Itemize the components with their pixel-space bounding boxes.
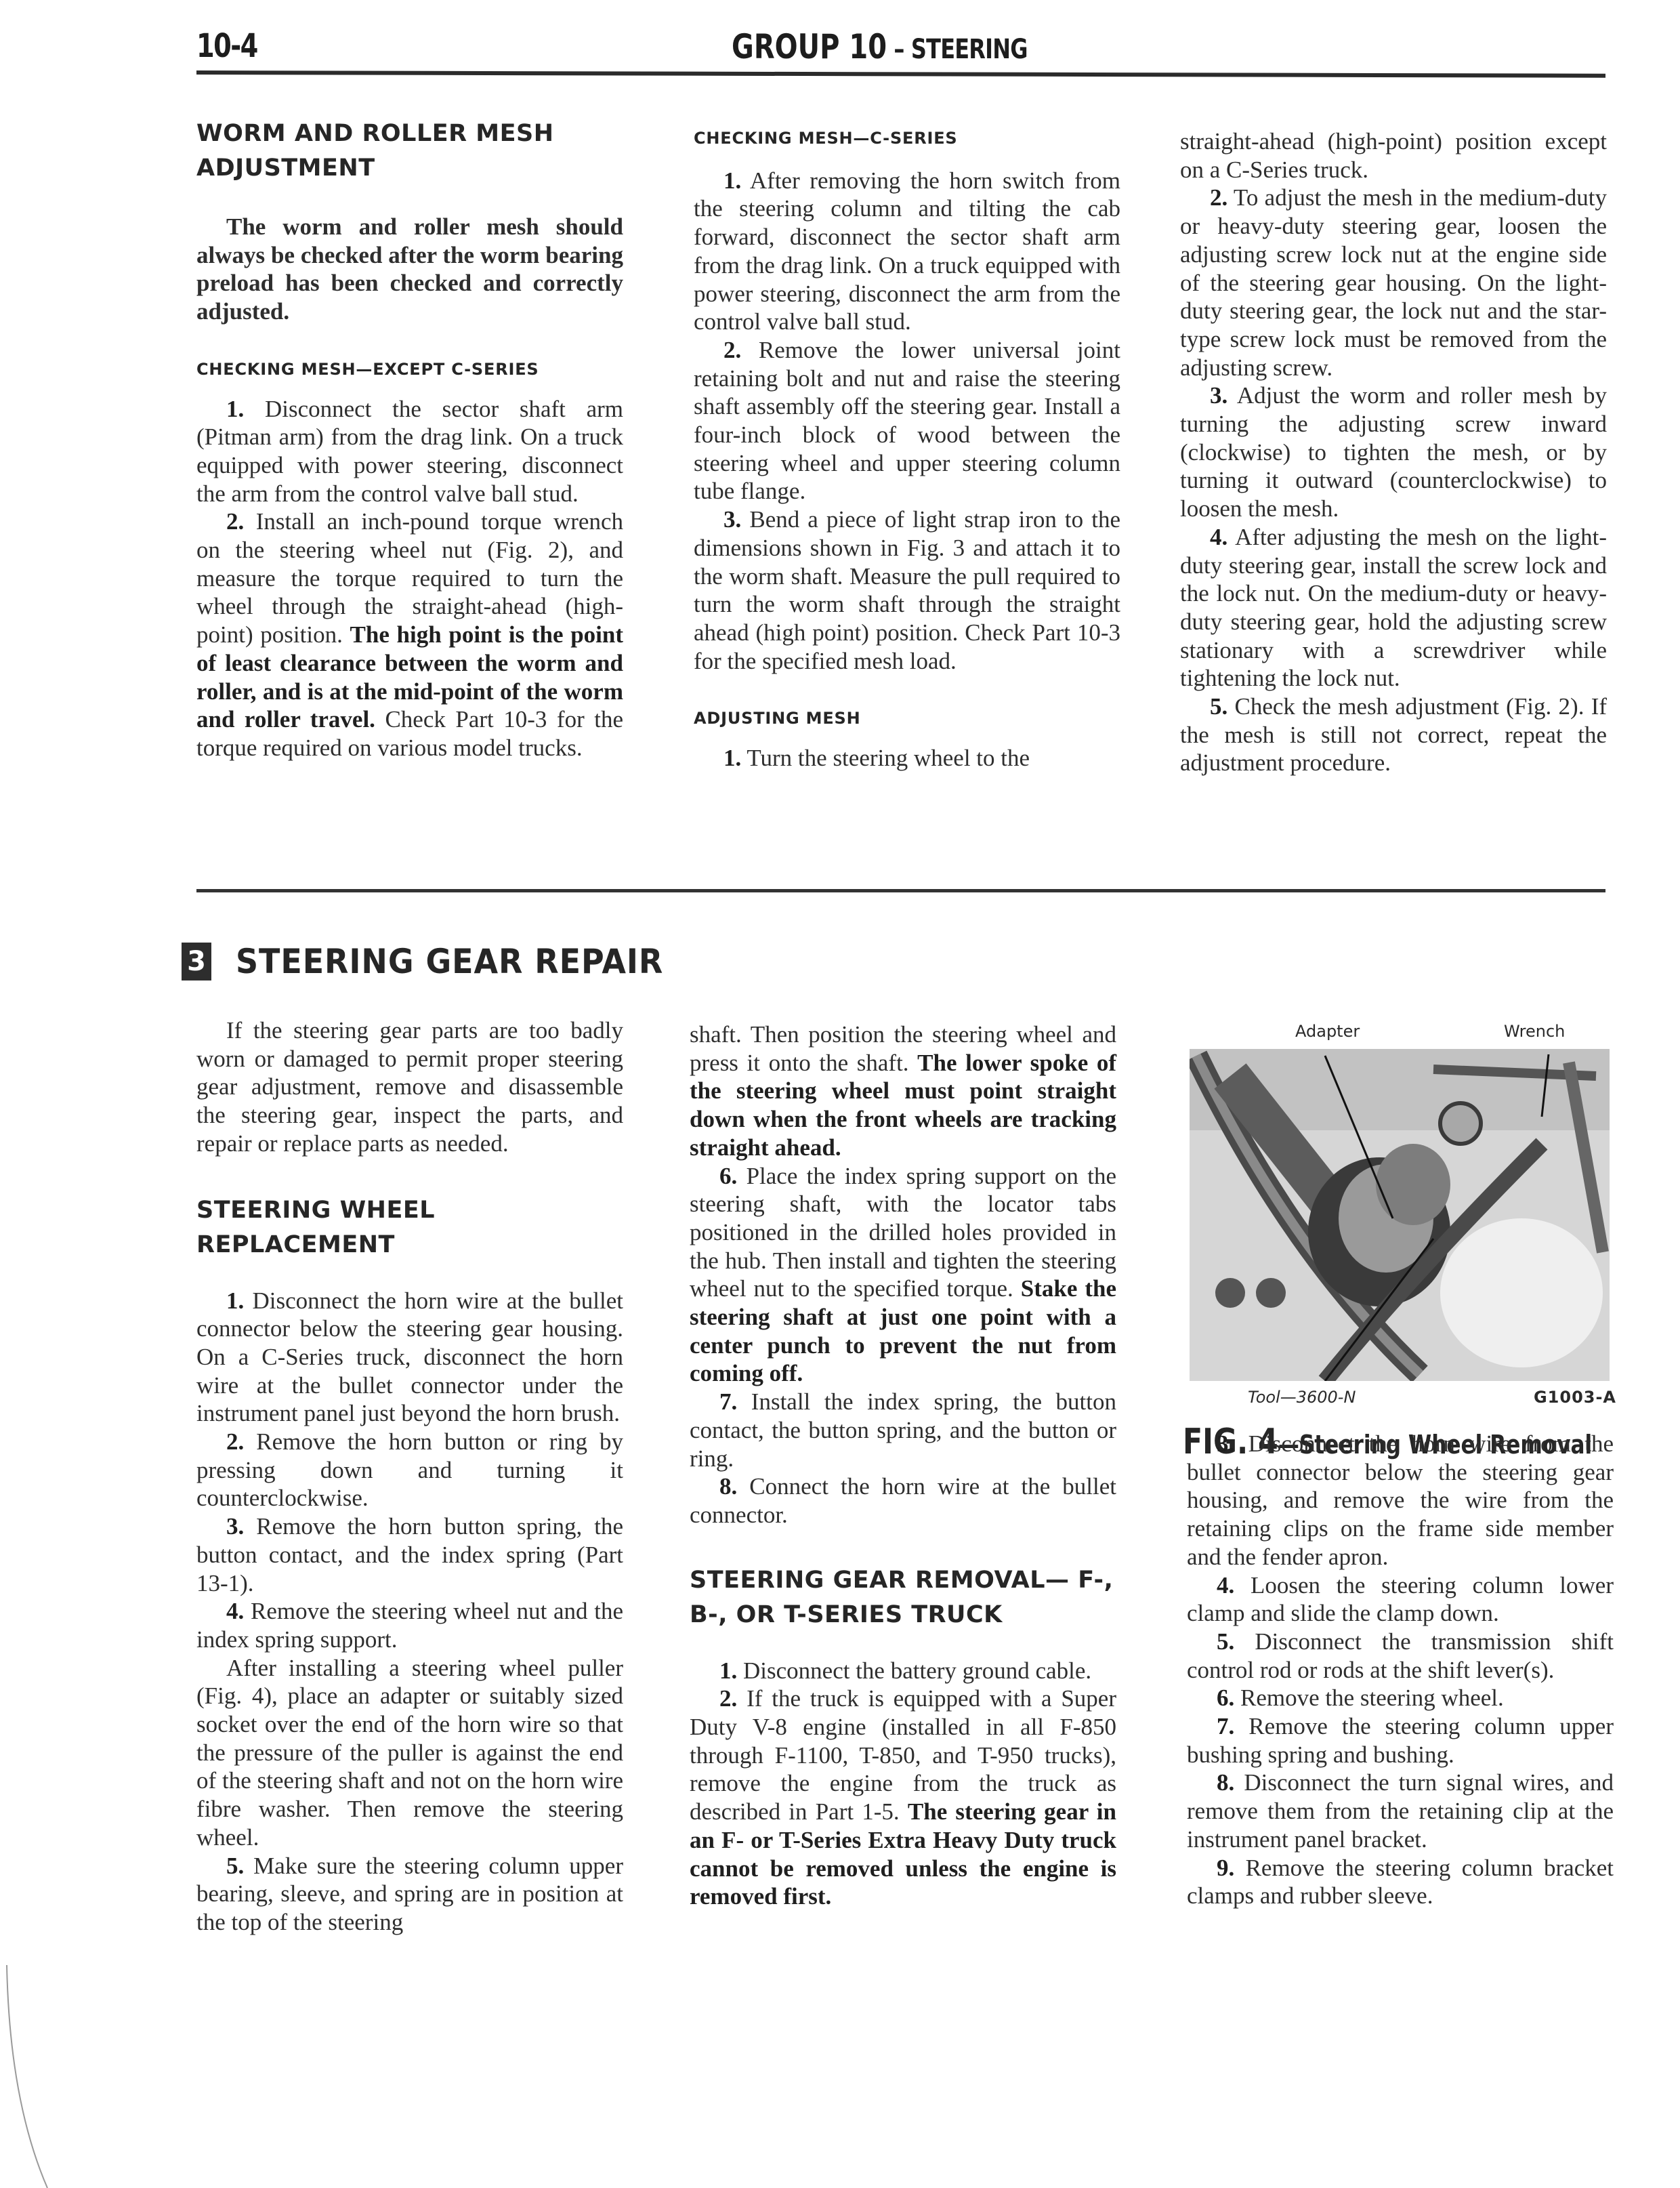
step-number: 7.: [719, 1388, 737, 1415]
chapter-title: STEERING: [911, 34, 1028, 65]
intro-paragraph: If the steering gear parts are too badly…: [196, 1016, 623, 1158]
step-text: To adjust the mesh in the medium-duty or…: [1180, 184, 1607, 380]
step: 8. Disconnect the turn signal wires, and…: [1187, 1769, 1614, 1853]
step-number: 2.: [226, 1428, 244, 1455]
top-column-2: CHECKING MESH—C-SERIES 1. After removing…: [694, 125, 1120, 772]
continuation-text: shaft. Then position the steering wheel …: [690, 1020, 1116, 1162]
header-separator: –: [887, 34, 911, 65]
step-text: Disconnect the horn wire from the bullet…: [1187, 1430, 1614, 1570]
steering-wheel-illustration: [1190, 1049, 1610, 1381]
bottom-column-1: If the steering gear parts are too badly…: [196, 1016, 623, 1937]
step-number: 9.: [1217, 1855, 1234, 1881]
step-text: Remove the steering wheel.: [1240, 1685, 1504, 1711]
step-number: 6.: [1217, 1685, 1234, 1711]
step: 2. To adjust the mesh in the medium-duty…: [1180, 184, 1607, 381]
manual-page: 10-4 GROUP 10 – STEERING WORM AND ROLLER…: [0, 0, 1680, 2188]
top-column-1: WORM AND ROLLER MESH ADJUSTMENT The worm…: [196, 117, 623, 762]
step-number: 8.: [1217, 1769, 1234, 1796]
step-number: 1.: [723, 167, 741, 194]
step-text: Disconnect the transmission shift contro…: [1187, 1628, 1614, 1683]
intro-paragraph: The worm and roller mesh should always b…: [196, 213, 623, 326]
section-heading: WORM AND ROLLER MESH ADJUSTMENT: [196, 117, 623, 186]
subheading: CHECKING MESH—EXCEPT C-SERIES: [196, 356, 623, 384]
page-edge-shadow: [0, 1965, 54, 2188]
subsection-heading: STEERING GEAR REMOVAL— F-, B-, OR T-SERI…: [690, 1563, 1116, 1632]
step: 5. Disconnect the transmission shift con…: [1187, 1628, 1614, 1684]
step: 3. Bend a piece of light strap iron to t…: [694, 505, 1120, 675]
step-number: 1.: [719, 1657, 737, 1684]
step-text: Disconnect the horn wire at the bullet c…: [196, 1287, 623, 1427]
step: 1. Disconnect the horn wire at the bulle…: [196, 1287, 623, 1428]
callout-wrench: Wrench: [1504, 1022, 1565, 1041]
step-text: Adjust the worm and roller mesh by turni…: [1180, 382, 1607, 522]
top-column-3: straight-ahead (high-point) position exc…: [1180, 127, 1607, 777]
step-number: 2.: [1210, 184, 1227, 211]
section-number-badge: 3: [182, 943, 211, 981]
continuation-text: straight-ahead (high-point) position exc…: [1180, 127, 1607, 184]
step-text: Remove the steering column upper bushing…: [1187, 1713, 1614, 1768]
step: 8. Connect the horn wire at the bullet c…: [690, 1472, 1116, 1529]
step-number: 6.: [719, 1163, 737, 1189]
step-text: Install the index spring, the button con…: [690, 1388, 1116, 1471]
figure-4: Adapter Wrench: [1183, 1022, 1616, 1462]
step-number: 1.: [723, 745, 741, 771]
step: 3. Adjust the worm and roller mesh by tu…: [1180, 381, 1607, 523]
step-number: 5.: [226, 1853, 244, 1879]
step-number: 5.: [1210, 693, 1227, 720]
step-number: 3.: [1210, 382, 1227, 409]
figure-credits: Tool—3600-N G1003-A: [1183, 1385, 1616, 1415]
step-number: 8.: [719, 1473, 737, 1500]
figure-code: G1003-A: [1534, 1388, 1616, 1407]
step: 2. Remove the horn button or ring by pre…: [196, 1428, 623, 1512]
step-number: 2.: [226, 508, 244, 535]
header-rule: [196, 70, 1605, 78]
step: 2. Install an inch-pound torque wrench o…: [196, 508, 623, 762]
step-text: Remove the steering wheel nut and the in…: [196, 1598, 623, 1653]
step: 7. Install the index spring, the button …: [690, 1388, 1116, 1472]
step: 6. Place the index spring support on the…: [690, 1162, 1116, 1388]
step-text: Connect the horn wire at the bullet conn…: [690, 1473, 1116, 1528]
step-number: 2.: [719, 1685, 737, 1712]
subheading: ADJUSTING MESH: [694, 705, 1120, 733]
step-text: Remove the steering column bracket clamp…: [1187, 1855, 1614, 1910]
step: 1. Disconnect the sector shaft arm (Pitm…: [196, 395, 623, 508]
bottom-column-2: shaft. Then position the steering wheel …: [690, 1020, 1116, 1911]
callout-adapter: Adapter: [1295, 1022, 1360, 1041]
step-number: 1.: [226, 396, 244, 422]
step-text: Disconnect the battery ground cable.: [743, 1657, 1091, 1684]
step-text: Disconnect the turn signal wires, and re…: [1187, 1769, 1614, 1852]
page-number: 10-4: [196, 27, 257, 65]
step-text: Remove the lower universal joint retaini…: [694, 337, 1120, 505]
step-number: 3.: [1217, 1430, 1234, 1457]
step-number: 5.: [1217, 1628, 1234, 1655]
step-text: After removing the horn switch from the …: [694, 167, 1120, 335]
step: 5. Make sure the steering column upper b…: [196, 1852, 623, 1937]
paragraph: After installing a steering wheel puller…: [196, 1654, 623, 1852]
step-text: Turn the steering wheel to the: [747, 745, 1030, 771]
step-number: 2.: [723, 337, 741, 363]
step-text: Remove the horn button or ring by pressi…: [196, 1428, 623, 1511]
step: 2. Remove the lower universal joint reta…: [694, 336, 1120, 505]
step-text: Bend a piece of light strap iron to the …: [694, 506, 1120, 674]
running-header: GROUP 10 – STEERING: [732, 27, 1028, 66]
step-text: Check the mesh adjustment (Fig. 2). If t…: [1180, 693, 1607, 776]
step-text: Disconnect the sector shaft arm (Pitman …: [196, 396, 623, 507]
step: 1. Disconnect the battery ground cable.: [690, 1657, 1116, 1685]
step: 6. Remove the steering wheel.: [1187, 1684, 1614, 1712]
subheading: CHECKING MESH—C-SERIES: [694, 125, 1120, 153]
step-text: After adjusting the mesh on the light-du…: [1180, 524, 1607, 692]
step: 1. After removing the horn switch from t…: [694, 167, 1120, 336]
step-number: 7.: [1217, 1713, 1234, 1739]
step-number: 3.: [226, 1513, 244, 1540]
tool-number: Tool—3600-N: [1248, 1388, 1356, 1407]
step-number: 4.: [1210, 524, 1227, 550]
step: 7. Remove the steering column upper bush…: [1187, 1712, 1614, 1769]
step: 1. Turn the steering wheel to the: [694, 744, 1120, 772]
step: 4. After adjusting the mesh on the light…: [1180, 523, 1607, 693]
subsection-heading: STEERING WHEEL REPLACEMENT: [196, 1193, 623, 1262]
steering-wheel-puller-photo: [1190, 1049, 1610, 1381]
step: 3. Disconnect the horn wire from the bul…: [1187, 1430, 1614, 1571]
step-number: 3.: [723, 506, 741, 533]
step: 2. If the truck is equipped with a Super…: [690, 1685, 1116, 1911]
step-number: 4.: [1217, 1572, 1234, 1598]
figure-callouts: Adapter Wrench: [1183, 1022, 1616, 1049]
section-divider: [196, 889, 1605, 892]
step-text: Loosen the steering column lower clamp a…: [1187, 1572, 1614, 1627]
step: 9. Remove the steering column bracket cl…: [1187, 1854, 1614, 1910]
step: 4. Loosen the steering column lower clam…: [1187, 1571, 1614, 1628]
step-number: 4.: [226, 1598, 244, 1624]
step: 4. Remove the steering wheel nut and the…: [196, 1597, 623, 1653]
section-header: 3 STEERING GEAR REPAIR: [182, 942, 700, 981]
step: 3. Remove the horn button spring, the bu…: [196, 1512, 623, 1597]
bottom-column-3: 3. Disconnect the horn wire from the bul…: [1187, 1430, 1614, 1910]
group-label: GROUP 10: [732, 27, 887, 66]
step-number: 1.: [226, 1287, 244, 1314]
step: 5. Check the mesh adjustment (Fig. 2). I…: [1180, 693, 1607, 777]
section-title: STEERING GEAR REPAIR: [236, 942, 663, 981]
step-text: Remove the horn button spring, the butto…: [196, 1513, 623, 1596]
step-text: Make sure the steering column upper bear…: [196, 1853, 623, 1935]
